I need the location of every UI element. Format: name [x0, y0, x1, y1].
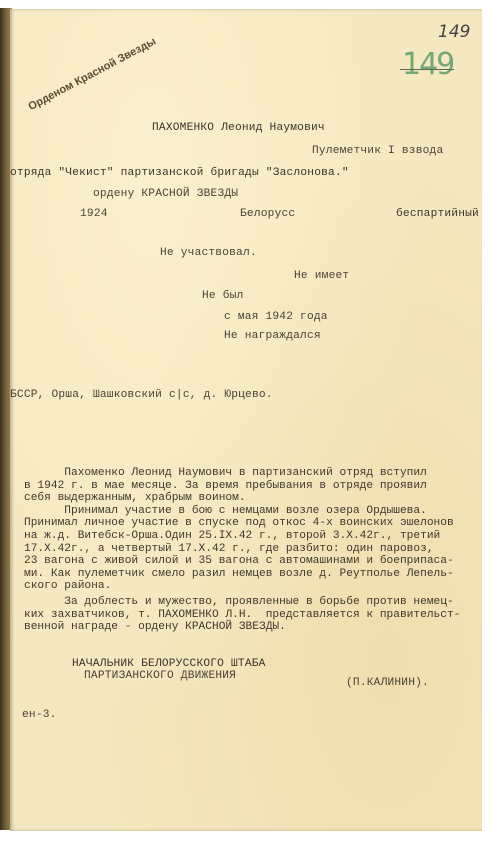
position: Пулеметчик I взвода [312, 145, 443, 158]
conclusion-line: За доблесть и мужество, проявленные в бо… [24, 596, 464, 609]
narrative-line: себя выдержанным, храбрым воином. [24, 492, 464, 505]
wounds: Не имеет [294, 270, 349, 283]
strike-through-mark [400, 69, 454, 70]
award-type: ордену КРАСНОЙ ЗВЕЗДЫ [93, 188, 238, 201]
narrative-line: 23 вагона с живой силой и 35 вагона с ав… [24, 555, 464, 568]
red-army-service: Не был [202, 290, 243, 303]
unit: отряда "Чекист" партизанской бригады "За… [10, 167, 349, 180]
narrative-line: ского района. [24, 580, 464, 593]
birth-year: 1924 [80, 208, 108, 221]
conclusion-line: венной награде - ордену КРАСНОЙ ЗВЕЗДЫ. [24, 621, 464, 634]
conclusion: За доблесть и мужество, проявленные в бо… [24, 596, 464, 634]
page-number-green: 149 [402, 47, 453, 82]
narrative-line: Пахоменко Леонид Наумович в партизанский… [24, 467, 464, 480]
page-number-pencil: 149 [438, 22, 470, 42]
narrative-line: в 1942 г. в мае месяце. За время пребыва… [24, 480, 464, 493]
narrative-line: 17.X.42г., а четвертый 17.X.42 г., где р… [24, 543, 464, 556]
narrative: Пахоменко Леонид Наумович в партизанский… [24, 467, 464, 593]
narrative-line: ми. Как пулеметчик смело разил немцев во… [24, 568, 464, 581]
conclusion-line: ких захватчиков, т. ПАХОМЕНКО Л.Н. предс… [24, 609, 464, 622]
nationality: Белорусс [240, 208, 295, 221]
home-address: БССР, Орша, Шашковский с|с, д. Юрцево. [10, 389, 273, 402]
narrative-line: на ж.д. Витебск-Орша.Один 25.IX.42 г., в… [24, 530, 464, 543]
nominee-name: ПАХОМЕНКО Леонид Наумович [152, 122, 325, 135]
signatory-title-line2: ПАРТИЗАНСКОГО ДВИЖЕНИЯ [84, 670, 236, 683]
party-membership: беспартийный [396, 208, 479, 221]
margin-stamp: Орденом Красной Звезды [26, 35, 158, 113]
signatory-name: (П.КАЛИНИН). [346, 677, 429, 690]
narrative-line: Принимал участие в бою с немцами возле о… [24, 505, 464, 518]
partisan-since: с мая 1942 года [224, 311, 328, 324]
civil-war-participation: Не участвовал. [160, 247, 257, 260]
document-page: 149 149 Орденом Красной Звезды ПАХОМЕНКО… [10, 9, 482, 831]
typist-mark: ен-3. [22, 709, 57, 722]
prior-awards: Не награждался [224, 330, 321, 343]
narrative-line: Принимал личное участие в спуске под отк… [24, 517, 464, 530]
